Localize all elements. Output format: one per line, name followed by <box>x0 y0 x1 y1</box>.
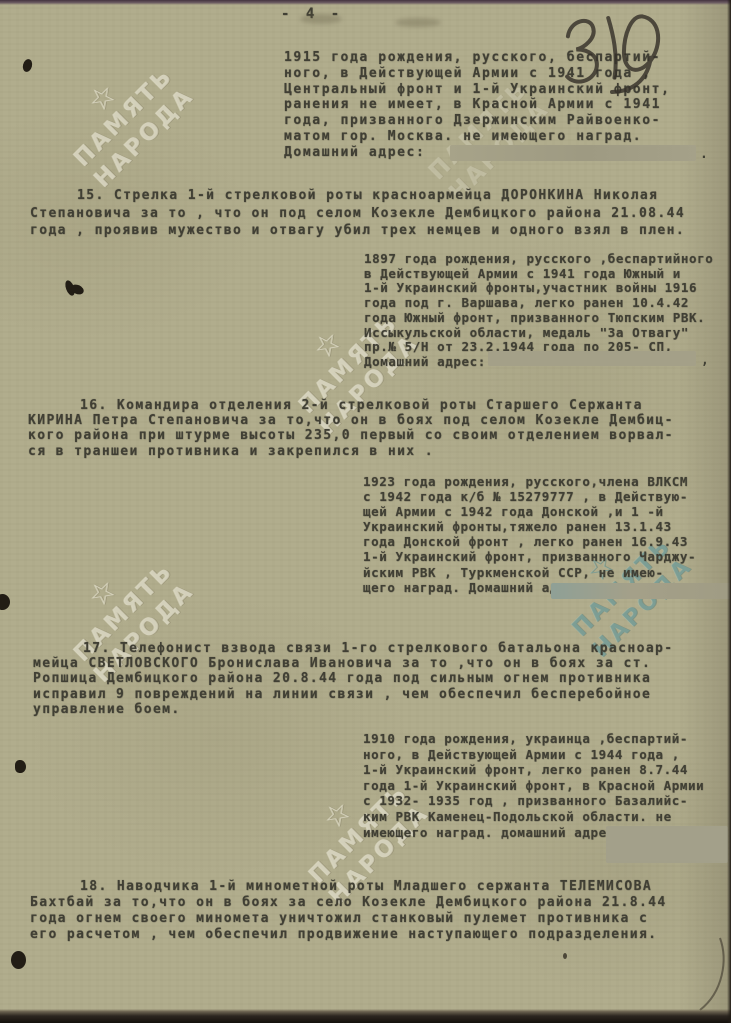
hole-punch <box>11 951 26 969</box>
ink-spot <box>0 594 10 610</box>
star-icon: ☆ <box>42 530 168 656</box>
scan-edge-right <box>727 0 731 1023</box>
handwritten-page-number <box>535 0 685 111</box>
scan-edge-bottom <box>0 1009 731 1023</box>
ink-spot <box>563 953 567 959</box>
smudge <box>300 14 342 24</box>
redaction-box <box>450 145 696 161</box>
ink-spot <box>21 58 33 73</box>
redaction-box <box>606 826 728 863</box>
entry-17-details-paragraph: 1910 года рождения, украинца ,беспартий-… <box>363 731 731 840</box>
ink-spot <box>15 760 26 773</box>
entry-17-paragraph: 17. Телефонист взвода связи 1-го стрелко… <box>33 641 730 717</box>
redaction-suffix: , <box>701 353 709 368</box>
entry-15-paragraph: 15. Стрелка 1-й стрелковой роты красноар… <box>30 187 730 240</box>
smudge <box>395 18 441 27</box>
document-page: ☆ ПАМЯТЬ НАРОДА ПАМЯТЬ НАРОДА ☆ ПАМЯТЬ Н… <box>0 0 731 1023</box>
watermark-line2: НАРОДА <box>90 83 200 193</box>
star-icon: ☆ <box>42 35 168 161</box>
redaction-box <box>488 351 696 366</box>
entry-16-paragraph: 16. Командира отделения 2-й стрелковой р… <box>28 398 730 459</box>
scan-edge-top <box>0 0 731 5</box>
entry-16-details-paragraph: 1923 года рождения, русского,члена ВЛКСМ… <box>363 474 731 595</box>
redaction-suffix: . <box>700 147 708 162</box>
redaction-box <box>551 583 731 599</box>
entry-18-paragraph: 18. Наводчика 1-й минометной роты Младше… <box>30 879 730 943</box>
scratch-mark <box>690 930 731 1015</box>
watermark: ☆ ПАМЯТЬ НАРОДА <box>42 35 209 202</box>
watermark-line1: ПАМЯТЬ <box>70 63 180 173</box>
